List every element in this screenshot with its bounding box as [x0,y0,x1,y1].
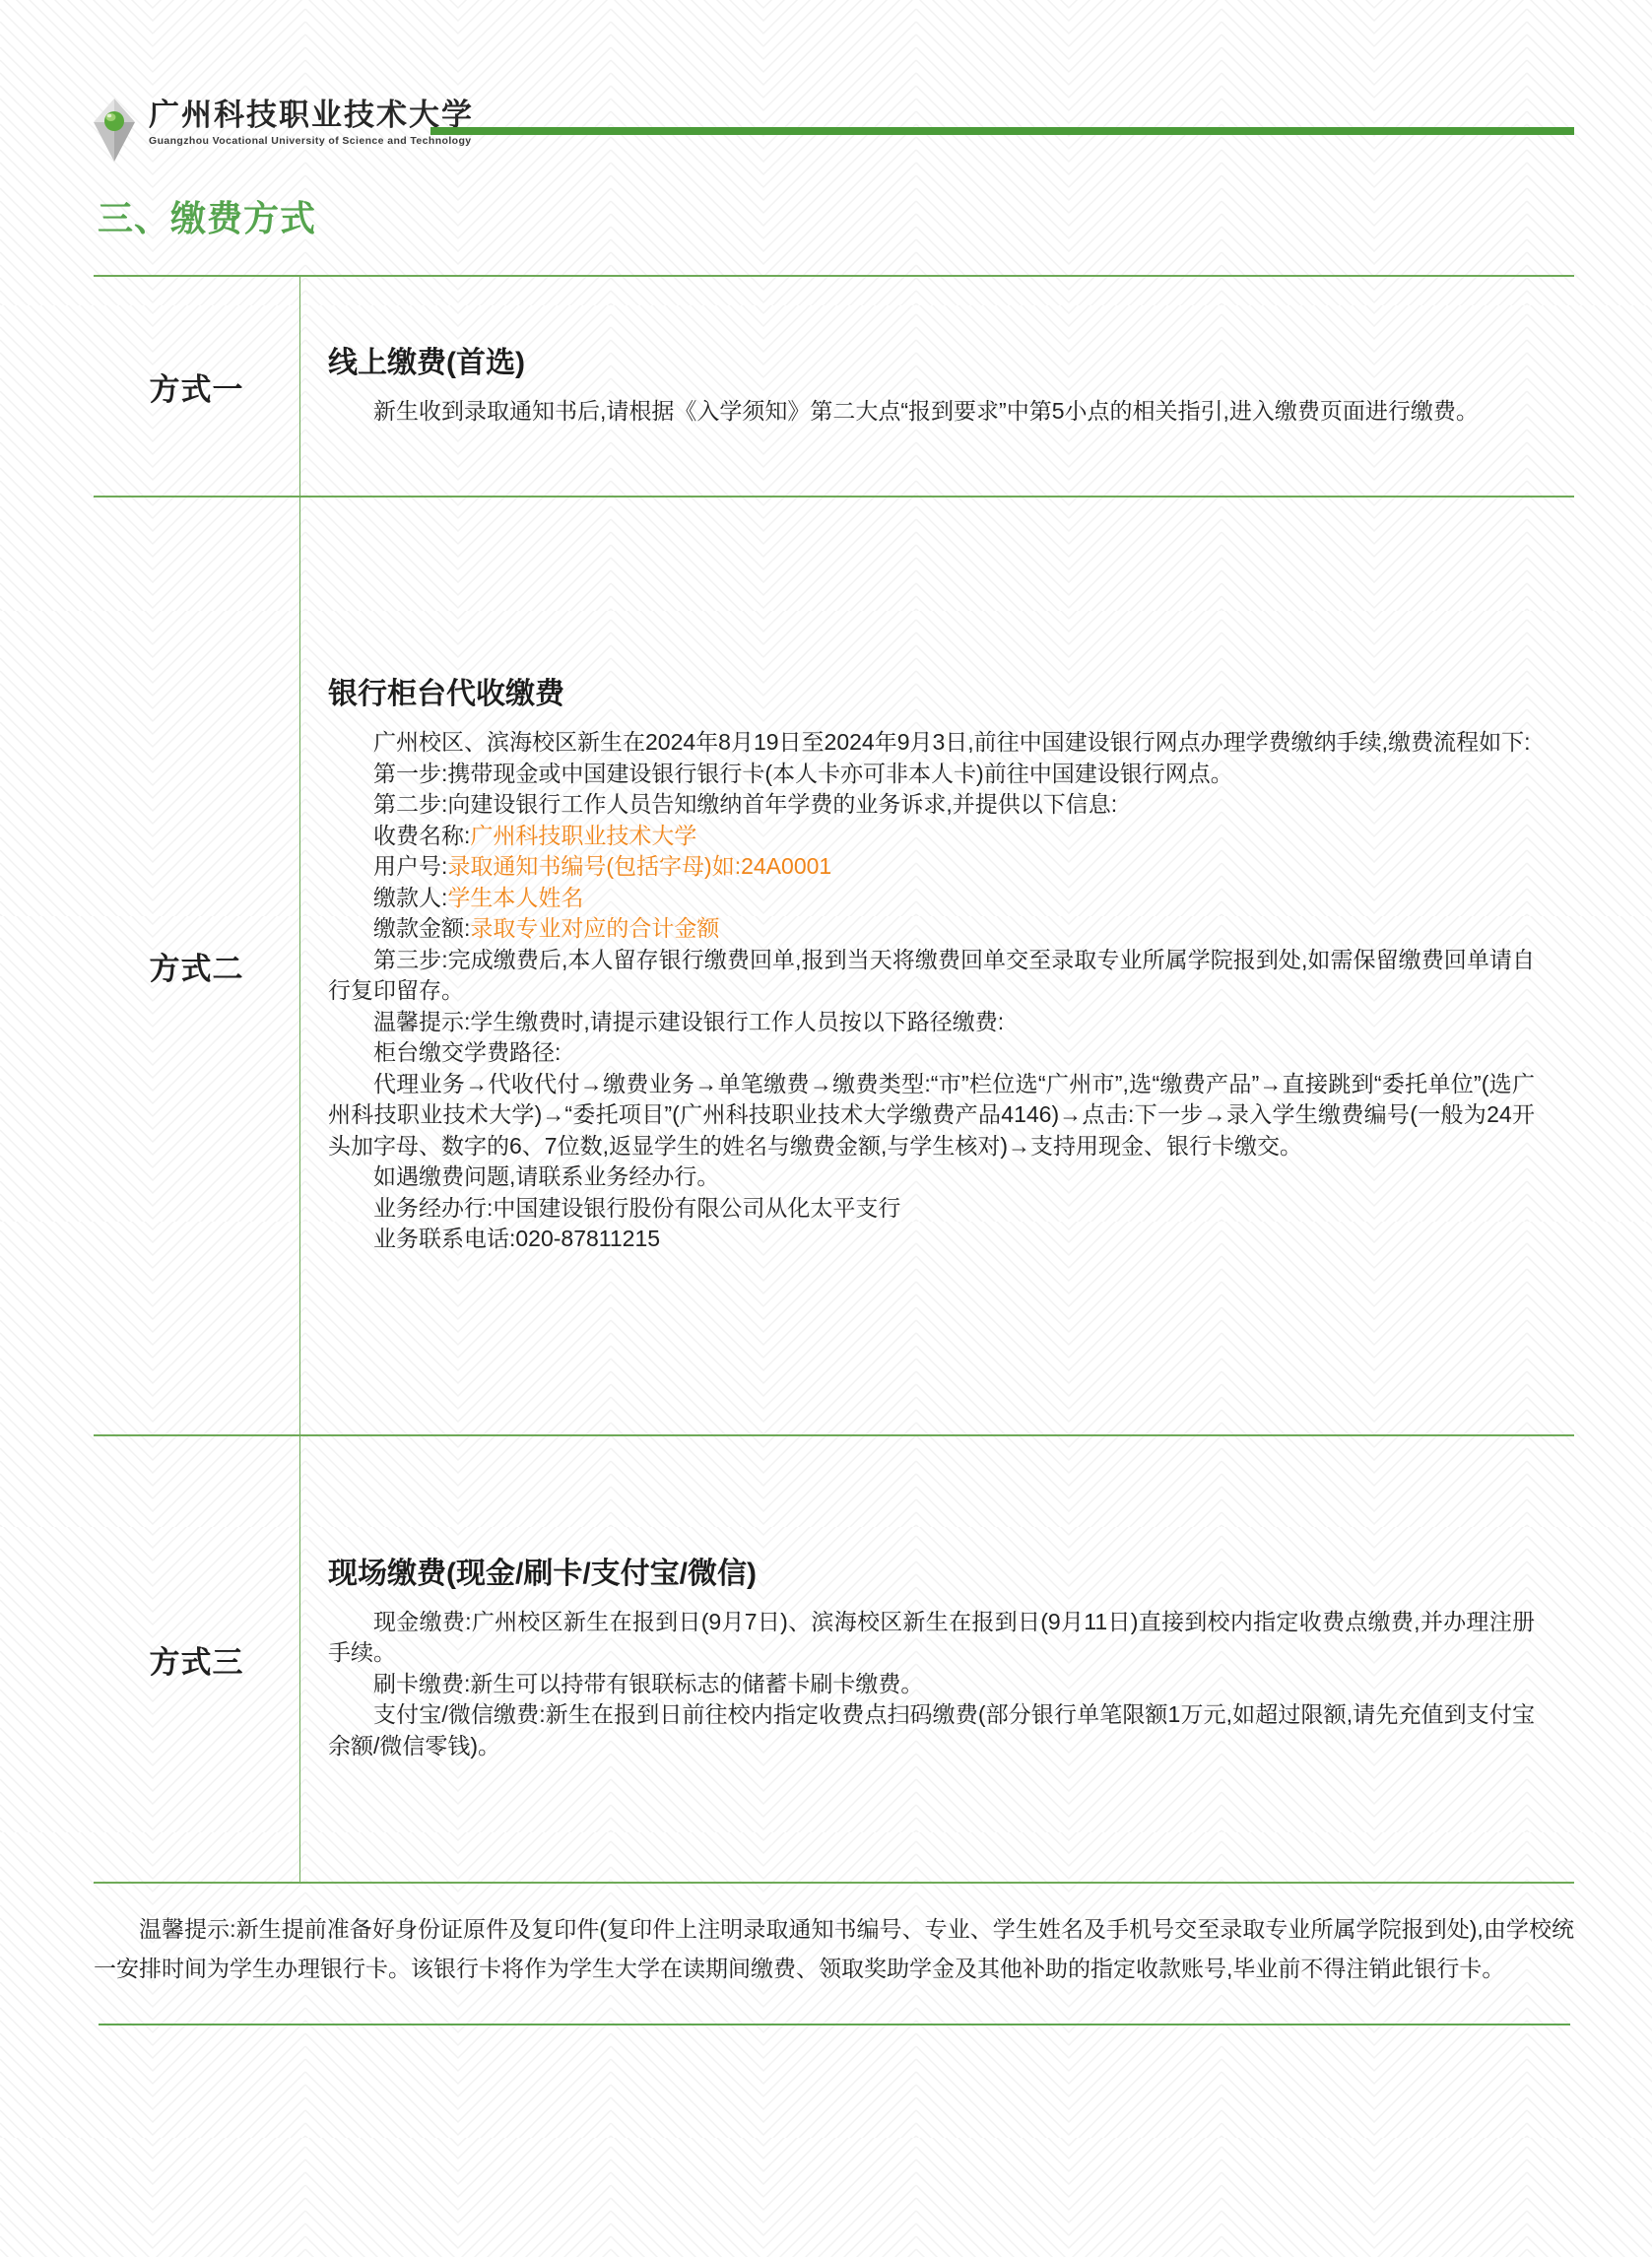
highlighted-value: 录取专业对应的合计金额 [470,915,719,941]
method-paragraphs: 新生收到录取通知书后,请根据《入学须知》第二大点“报到要求”中第5小点的相关指引… [328,396,1535,428]
paragraph: 缴款人:学生本人姓名 [328,883,1535,914]
paragraph: 收费名称:广州科技职业技术大学 [328,821,1535,852]
method-title: 现场缴费(现金/刷卡/支付宝/微信) [328,1557,1535,1592]
paragraph: 第二步:向建设银行工作人员告知缴纳首年学费的业务诉求,并提供以下信息: [328,789,1535,821]
method-content: 线上缴费(首选) 新生收到录取通知书后,请根据《入学须知》第二大点“报到要求”中… [300,277,1574,496]
payment-method-row-3: 方式三 现场缴费(现金/刷卡/支付宝/微信) 现金缴费:广州校区新生在报到日(9… [94,1436,1574,1884]
paragraph: 柜台缴交学费路径: [328,1037,1535,1069]
payment-method-row-1: 方式一 线上缴费(首选) 新生收到录取通知书后,请根据《入学须知》第二大点“报到… [94,277,1574,498]
paragraph: 业务联系电话:020-87811215 [328,1224,1535,1255]
method-paragraphs: 现金缴费:广州校区新生在报到日(9月7日)、滨海校区新生在报到日(9月11日)直… [328,1607,1535,1762]
method-title: 线上缴费(首选) [328,346,1535,381]
paragraph: 缴款金额:录取专业对应的合计金额 [328,913,1535,945]
paragraph: 如遇缴费问题,请联系业务经办行。 [328,1162,1535,1193]
method-content: 现场缴费(现金/刷卡/支付宝/微信) 现金缴费:广州校区新生在报到日(9月7日)… [300,1436,1574,1882]
paragraph: 代理业务→代收代付→缴费业务→单笔缴费→缴费类型:“市”栏位选“广州市”,选“缴… [328,1069,1535,1162]
paragraph: 现金缴费:广州校区新生在报到日(9月7日)、滨海校区新生在报到日(9月11日)直… [328,1607,1535,1669]
method-label: 方式一 [94,277,300,496]
method-paragraphs: 广州校区、滨海校区新生在2024年8月19日至2024年9月3日,前往中国建设银… [328,727,1535,1255]
section-title: 三、缴费方式 [98,191,316,241]
paragraph: 新生收到录取通知书后,请根据《入学须知》第二大点“报到要求”中第5小点的相关指引… [328,396,1535,428]
paragraph: 温馨提示:学生缴费时,请提示建设银行工作人员按以下路径缴费: [328,1007,1535,1038]
payment-methods-table: 方式一 线上缴费(首选) 新生收到录取通知书后,请根据《入学须知》第二大点“报到… [94,275,1574,1884]
paragraph: 第三步:完成缴费后,本人留存银行缴费回单,报到当天将缴费回单交至录取专业所属学院… [328,945,1535,1007]
footer-note: 温馨提示:新生提前准备好身份证原件及复印件(复印件上注明录取通知书编号、专业、学… [94,1909,1574,1988]
document-page: 广州科技职业技术大学 Guangzhou Vocational Universi… [0,0,1652,2257]
university-name: 广州科技职业技术大学 [149,99,474,132]
header-green-bar [430,127,1574,135]
university-logo-icon [94,99,135,166]
paragraph: 用户号:录取通知书编号(包括字母)如:24A0001 [328,851,1535,883]
highlighted-value: 录取通知书编号(包括字母)如:24A0001 [447,853,831,879]
university-name-english: Guangzhou Vocational University of Scien… [149,135,474,147]
paragraph: 刷卡缴费:新生可以持带有银联标志的储蓄卡刷卡缴费。 [328,1669,1535,1700]
footer-divider-line [99,2024,1570,2025]
paragraph: 广州校区、滨海校区新生在2024年8月19日至2024年9月3日,前往中国建设银… [328,727,1535,759]
university-name-block: 广州科技职业技术大学 Guangzhou Vocational Universi… [149,99,474,147]
highlighted-value: 学生本人姓名 [447,885,583,910]
method-label: 方式三 [94,1436,300,1882]
method-label: 方式二 [94,498,300,1434]
paragraph: 支付宝/微信缴费:新生在报到日前往校内指定收费点扫码缴费(部分银行单笔限额1万元… [328,1699,1535,1761]
paragraph: 业务经办行:中国建设银行股份有限公司从化太平支行 [328,1193,1535,1225]
paragraph: 第一步:携带现金或中国建设银行银行卡(本人卡亦可非本人卡)前往中国建设银行网点。 [328,759,1535,790]
highlighted-value: 广州科技职业技术大学 [470,823,696,848]
page-header: 广州科技职业技术大学 Guangzhou Vocational Universi… [94,99,474,166]
method-content: 银行柜台代收缴费 广州校区、滨海校区新生在2024年8月19日至2024年9月3… [300,498,1574,1434]
payment-method-row-2: 方式二 银行柜台代收缴费 广州校区、滨海校区新生在2024年8月19日至2024… [94,498,1574,1436]
method-title: 银行柜台代收缴费 [328,677,1535,712]
